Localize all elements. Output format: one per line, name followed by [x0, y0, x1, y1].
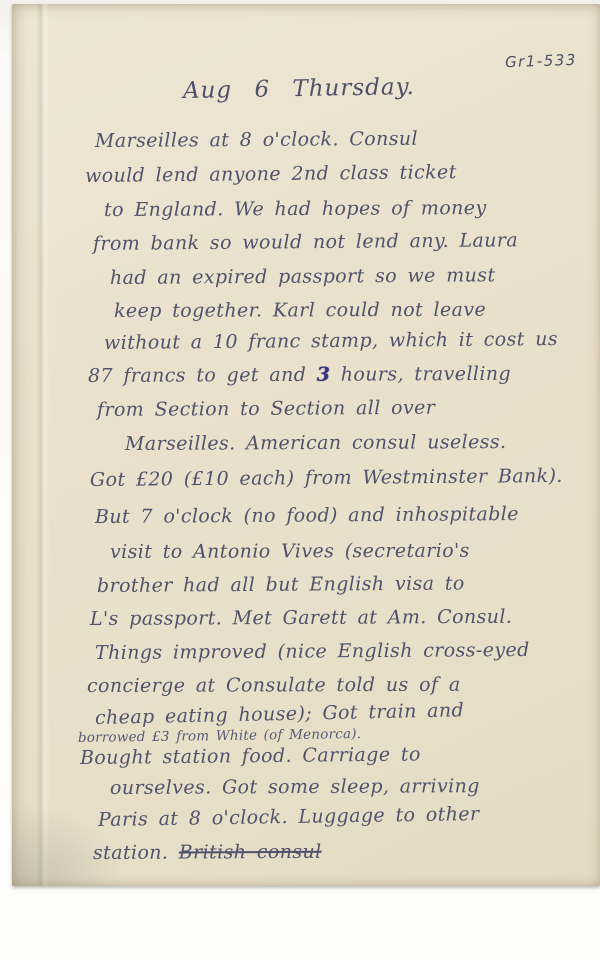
diary-line: 87 francs to get and 3 hours, travelling	[88, 363, 511, 387]
diary-line: without a 10 franc stamp, which it cost …	[104, 328, 558, 354]
diary-line: to England. We had hopes of money	[104, 197, 487, 221]
diary-line: concierge at Consulate told us of a	[87, 674, 461, 697]
overwritten-number: 3	[317, 364, 331, 386]
entry-date-heading: Aug 6 Thursday.	[183, 74, 415, 104]
diary-line: Marseilles. American consul useless.	[125, 431, 507, 455]
diary-line: Got £20 (£10 each) from Westminster Bank…	[90, 465, 563, 491]
diary-line: visit to Antonio Vives (secretario's	[110, 540, 470, 563]
diary-line: had an expired passport so we must	[110, 264, 496, 289]
diary-line: station. British consul	[93, 841, 322, 864]
fold-crease	[36, 4, 50, 886]
diary-line: L's passport. Met Garett at Am. Consul.	[90, 606, 512, 630]
diary-line: brother had all but English visa to	[97, 572, 465, 597]
diary-line: Marseilles at 8 o'clock. Consul	[95, 128, 418, 152]
diary-line: would lend anyone 2nd class ticket	[85, 161, 457, 187]
archive-reference: Gr1-533	[505, 51, 577, 71]
diary-line: Bought station food. Carriage to	[80, 743, 421, 769]
diary-line: from bank so would not lend any. Laura	[93, 229, 518, 255]
scanned-diary-page: Gr1-533 Aug 6 Thursday. Marseilles at 8 …	[0, 0, 600, 960]
diary-line: from Section to Section all over	[97, 397, 435, 421]
diary-line: Things improved (nice English cross-eyed	[95, 639, 530, 664]
diary-line: keep together. Karl could not leave	[114, 299, 486, 322]
line-suffix: hours, travelling	[330, 363, 511, 386]
diary-line: ourselves. Got some sleep, arriving	[110, 775, 480, 799]
struck-text: British consul	[179, 841, 322, 864]
line-text: station.	[93, 842, 179, 864]
line-prefix: 87 francs to get and	[88, 364, 317, 387]
diary-line: But 7 o'clock (no food) and inhospitable	[95, 503, 519, 528]
